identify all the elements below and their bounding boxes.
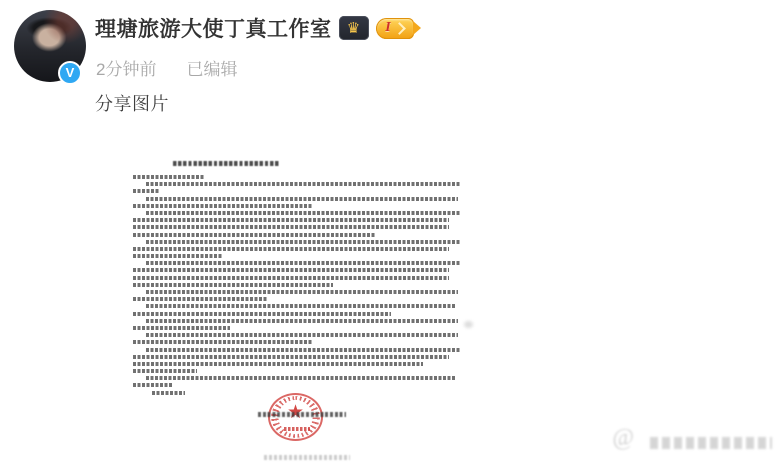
scan-smudge [464, 321, 473, 328]
document-text-line [146, 182, 462, 186]
document-text-line [133, 355, 449, 359]
document-text-body [133, 175, 455, 398]
vip-level-label: I [385, 21, 390, 35]
document-text-line [152, 391, 184, 395]
document-text-line [133, 297, 268, 301]
post-timestamp[interactable]: 2分钟前 [96, 55, 156, 80]
document-text-line [133, 218, 449, 222]
document-text-line [133, 340, 313, 344]
document-text-line [133, 326, 230, 330]
post-image-document[interactable]: ★ [0, 128, 781, 464]
document-text-line [133, 204, 313, 208]
author-row: 理塘旅游大使丁真工作室 ♛ I [95, 13, 414, 43]
document-text-line [133, 247, 449, 251]
document-text-line [133, 233, 375, 237]
official-red-seal: ★ [268, 393, 323, 441]
document-text-line [133, 362, 423, 366]
verified-v-icon: V [58, 61, 82, 85]
document-text-line [146, 290, 458, 294]
document-text-line [133, 312, 391, 316]
seal-sub-text [284, 427, 310, 431]
author-name[interactable]: 理塘旅游大使丁真工作室 [95, 13, 332, 43]
watermark-logo-icon: @ [611, 424, 636, 453]
vip-level-badge[interactable]: I [376, 18, 414, 39]
vip-crown-icon[interactable]: ♛ [339, 16, 369, 40]
chevron-right-icon [393, 22, 406, 35]
watermark-text [650, 437, 772, 449]
signature-company-line [258, 412, 346, 417]
document-text-line [133, 175, 204, 179]
document-text-line [133, 276, 449, 280]
document-text-line [133, 383, 172, 387]
document-text-line [133, 225, 449, 229]
document-title-line [173, 161, 279, 166]
document-text-line [133, 254, 223, 258]
document-text-line [146, 240, 462, 244]
badge-tail [413, 21, 421, 35]
document-text-line [146, 261, 462, 265]
document-text-line [133, 189, 159, 193]
document-text-line [146, 319, 458, 323]
document-text-line [146, 211, 462, 215]
watermark: @ [612, 425, 778, 457]
document-footer-line [264, 455, 350, 460]
document-text-line [146, 333, 458, 337]
post-meta: 2分钟前 已编辑 [96, 55, 237, 80]
document-text-line [146, 304, 455, 308]
edited-label: 已编辑 [186, 55, 237, 80]
document-text-line [146, 376, 455, 380]
document-text-line [133, 268, 449, 272]
document-text-line [146, 348, 462, 352]
document-text-line [133, 283, 333, 287]
document-text-line [146, 197, 458, 201]
document-text-line [133, 369, 197, 373]
author-avatar[interactable]: V [14, 10, 86, 82]
post-text: 分享图片 [95, 90, 169, 116]
